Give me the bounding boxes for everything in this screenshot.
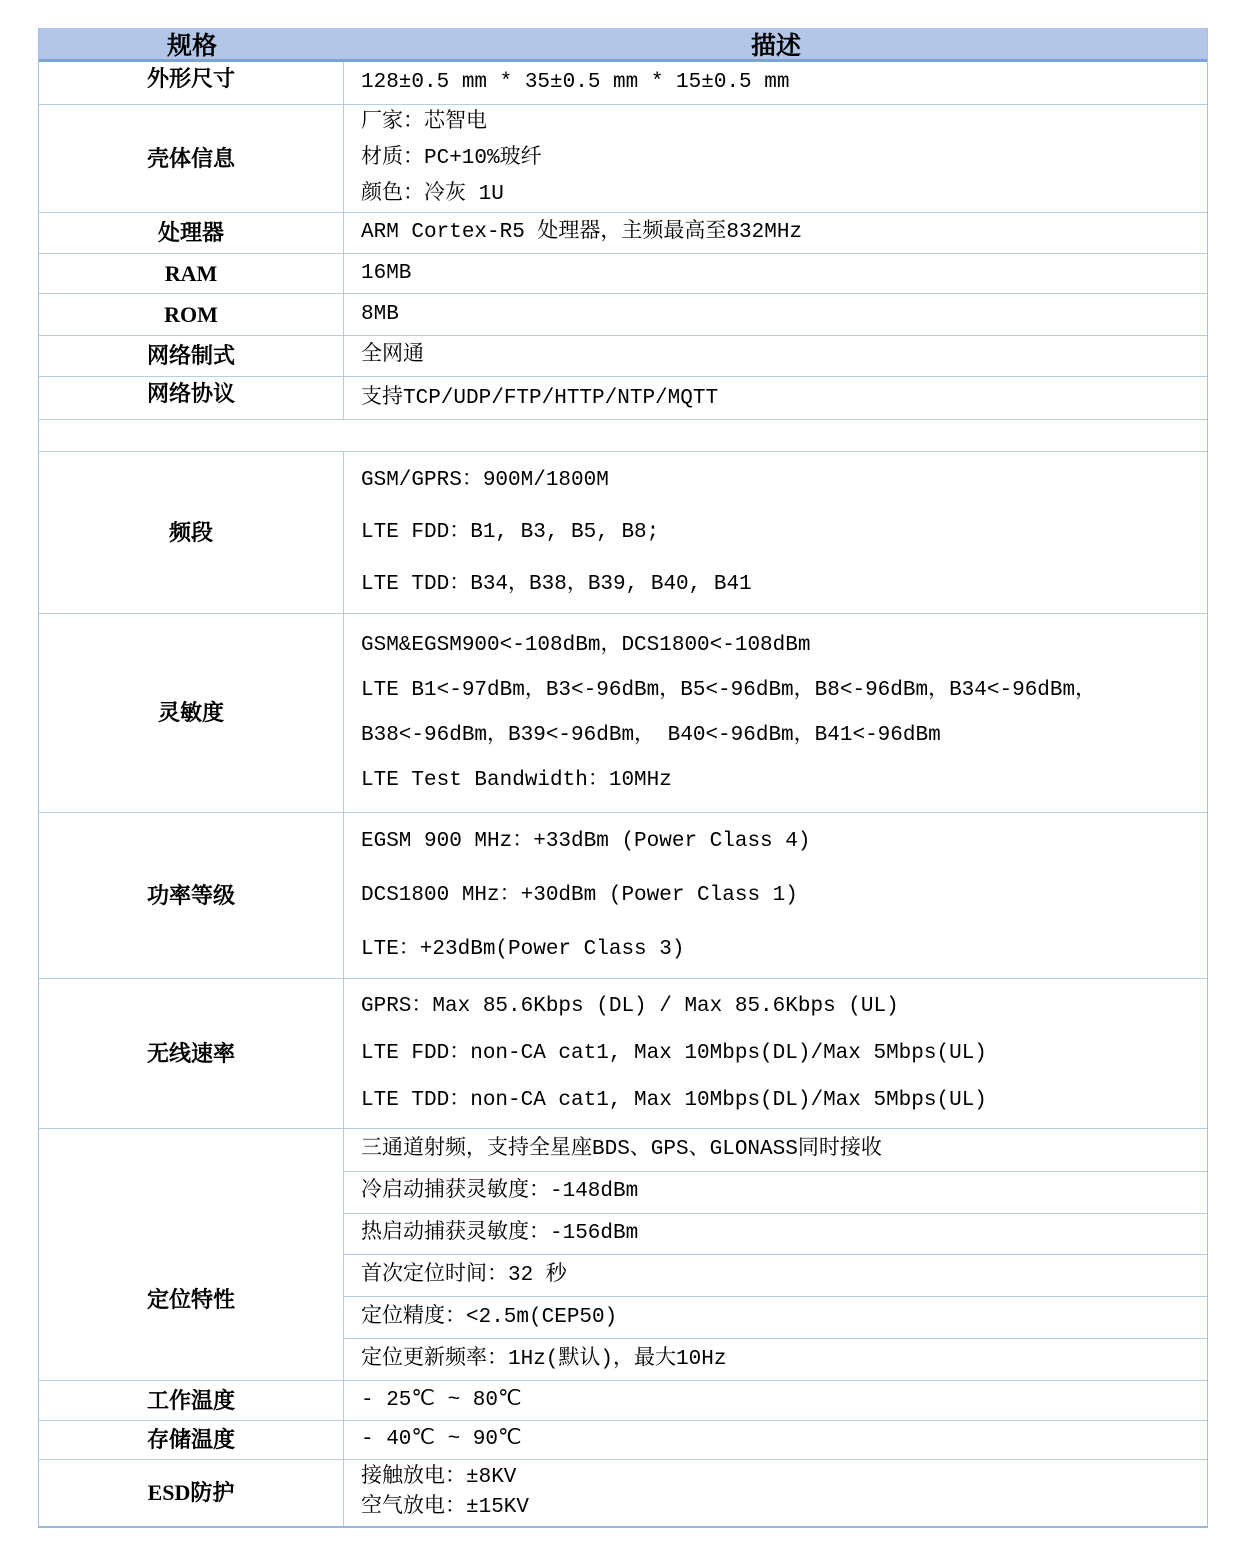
row-label: 频段 — [39, 452, 344, 613]
desc-line: DCS1800 MHz：+30dBm (Power Class 1) — [361, 882, 1207, 910]
table-row-power-class: 功率等级 EGSM 900 MHz：+33dBm (Power Class 4)… — [39, 812, 1207, 978]
row-desc: 三通道射频，支持全星座BDS、GPS、GLONASS同时接收 冷启动捕获灵敏度：… — [344, 1129, 1207, 1380]
desc-line: LTE B1<-97dBm，B3<-96dBm，B5<-96dBm，B8<-96… — [361, 677, 1207, 705]
table-row-network-mode: 网络制式 全网通 — [39, 335, 1207, 376]
desc-line: - 25℃ ~ 80℃ — [361, 1387, 1207, 1415]
row-desc: EGSM 900 MHz：+33dBm (Power Class 4) DCS1… — [344, 813, 1207, 978]
desc-line: 接触放电：±8KV — [361, 1464, 1207, 1492]
desc-line: - 40℃ ~ 90℃ — [361, 1426, 1207, 1454]
row-label: 灵敏度 — [39, 614, 344, 812]
row-desc: GPRS：Max 85.6Kbps (DL) / Max 85.6Kbps (U… — [344, 979, 1207, 1128]
desc-line: GSM&EGSM900<-108dBm，DCS1800<-108dBm — [361, 632, 1207, 660]
spec-table: 规格 描述 外形尺寸 128±0.5 mm * 35±0.5 mm * 15±0… — [38, 28, 1208, 1528]
desc-line: 冷启动捕获灵敏度：-148dBm — [344, 1171, 1207, 1213]
desc-line: GPRS：Max 85.6Kbps (DL) / Max 85.6Kbps (U… — [361, 993, 1207, 1021]
table-row-esd-protection: ESD防护 接触放电：±8KV 空气放电：±15KV — [39, 1459, 1207, 1526]
table-row-wireless-rate: 无线速率 GPRS：Max 85.6Kbps (DL) / Max 85.6Kb… — [39, 978, 1207, 1128]
desc-line: 8MB — [361, 301, 1207, 329]
row-label: 存储温度 — [39, 1421, 344, 1459]
row-desc: - 25℃ ~ 80℃ — [344, 1381, 1207, 1420]
desc-line: 空气放电：±15KV — [361, 1494, 1207, 1522]
row-label: 工作温度 — [39, 1381, 344, 1420]
table-row-ram: RAM 16MB — [39, 253, 1207, 293]
row-label: 网络协议 — [39, 377, 344, 419]
desc-line: 首次定位时间：32 秒 — [344, 1254, 1207, 1296]
table-row-frequency-bands: 频段 GSM/GPRS：900M/1800M LTE FDD：B1, B3, B… — [39, 451, 1207, 613]
table-row-processor: 处理器 ARM Cortex-R5 处理器，主频最高至832MHz — [39, 212, 1207, 253]
desc-line: LTE Test Bandwidth：10MHz — [361, 767, 1207, 795]
table-row-rom: ROM 8MB — [39, 293, 1207, 335]
desc-line: 定位更新频率：1Hz(默认)，最大10Hz — [344, 1338, 1207, 1380]
desc-line: LTE TDD：B34，B38，B39, B40, B41 — [361, 571, 1207, 599]
table-row-housing: 壳体信息 厂家：芯智电 材质：PC+10%玻纤 颜色：冷灰 1U — [39, 104, 1207, 212]
desc-line: 支持TCP/UDP/FTP/HTTP/NTP/MQTT — [361, 385, 1207, 413]
desc-line: 定位精度：<2.5m(CEP50) — [344, 1296, 1207, 1338]
row-desc: GSM&EGSM900<-108dBm，DCS1800<-108dBm LTE … — [344, 614, 1207, 812]
row-desc: 8MB — [344, 294, 1207, 335]
table-row-operating-temp: 工作温度 - 25℃ ~ 80℃ — [39, 1380, 1207, 1420]
table-row-positioning: 定位特性 三通道射频，支持全星座BDS、GPS、GLONASS同时接收 冷启动捕… — [39, 1128, 1207, 1380]
desc-line: LTE TDD：non-CA cat1, Max 10Mbps(DL)/Max … — [361, 1087, 1207, 1115]
desc-line: 厂家：芯智电 — [361, 109, 1207, 137]
row-desc: ARM Cortex-R5 处理器，主频最高至832MHz — [344, 213, 1207, 253]
desc-line: GSM/GPRS：900M/1800M — [361, 467, 1207, 495]
row-label: 功率等级 — [39, 813, 344, 978]
row-label: RAM — [39, 254, 344, 293]
row-label: ROM — [39, 294, 344, 335]
desc-line: 16MB — [361, 260, 1207, 288]
table-row-sensitivity: 灵敏度 GSM&EGSM900<-108dBm，DCS1800<-108dBm … — [39, 613, 1207, 812]
row-desc: 128±0.5 mm * 35±0.5 mm * 15±0.5 mm — [344, 62, 1207, 104]
desc-line: 128±0.5 mm * 35±0.5 mm * 15±0.5 mm — [361, 69, 1207, 97]
desc-line: LTE FDD：B1, B3, B5, B8; — [361, 519, 1207, 547]
table-header-row: 规格 描述 — [39, 28, 1207, 62]
row-label: 处理器 — [39, 213, 344, 253]
spacer-row — [39, 419, 1207, 451]
row-desc: 接触放电：±8KV 空气放电：±15KV — [344, 1460, 1207, 1526]
row-desc: 16MB — [344, 254, 1207, 293]
desc-line: 颜色：冷灰 1U — [361, 181, 1207, 209]
desc-line: 三通道射频，支持全星座BDS、GPS、GLONASS同时接收 — [344, 1129, 1207, 1171]
row-label: 壳体信息 — [39, 105, 344, 212]
table-row-network-protocol: 网络协议 支持TCP/UDP/FTP/HTTP/NTP/MQTT — [39, 376, 1207, 419]
row-label: 定位特性 — [39, 1129, 344, 1380]
row-label: 无线速率 — [39, 979, 344, 1128]
desc-line: 全网通 — [361, 342, 1207, 370]
desc-line: 热启动捕获灵敏度：-156dBm — [344, 1213, 1207, 1255]
desc-line: B38<-96dBm，B39<-96dBm， B40<-96dBm，B41<-9… — [361, 722, 1207, 750]
desc-line: ARM Cortex-R5 处理器，主频最高至832MHz — [361, 219, 1207, 247]
header-col-spec: 规格 — [39, 28, 345, 59]
desc-line: LTE FDD：non-CA cat1, Max 10Mbps(DL)/Max … — [361, 1040, 1207, 1068]
row-desc: 全网通 — [344, 336, 1207, 376]
row-desc: 支持TCP/UDP/FTP/HTTP/NTP/MQTT — [344, 377, 1207, 419]
header-col-desc: 描述 — [345, 28, 1207, 59]
row-desc: GSM/GPRS：900M/1800M LTE FDD：B1, B3, B5, … — [344, 452, 1207, 613]
row-desc: - 40℃ ~ 90℃ — [344, 1421, 1207, 1459]
row-label: 外形尺寸 — [39, 62, 344, 104]
table-row-dimensions: 外形尺寸 128±0.5 mm * 35±0.5 mm * 15±0.5 mm — [39, 62, 1207, 104]
desc-line: 材质：PC+10%玻纤 — [361, 145, 1207, 173]
desc-line: EGSM 900 MHz：+33dBm (Power Class 4) — [361, 828, 1207, 856]
table-row-storage-temp: 存储温度 - 40℃ ~ 90℃ — [39, 1420, 1207, 1459]
row-label: 网络制式 — [39, 336, 344, 376]
desc-line: LTE：+23dBm(Power Class 3) — [361, 936, 1207, 964]
row-desc: 厂家：芯智电 材质：PC+10%玻纤 颜色：冷灰 1U — [344, 105, 1207, 212]
row-label: ESD防护 — [39, 1460, 344, 1526]
